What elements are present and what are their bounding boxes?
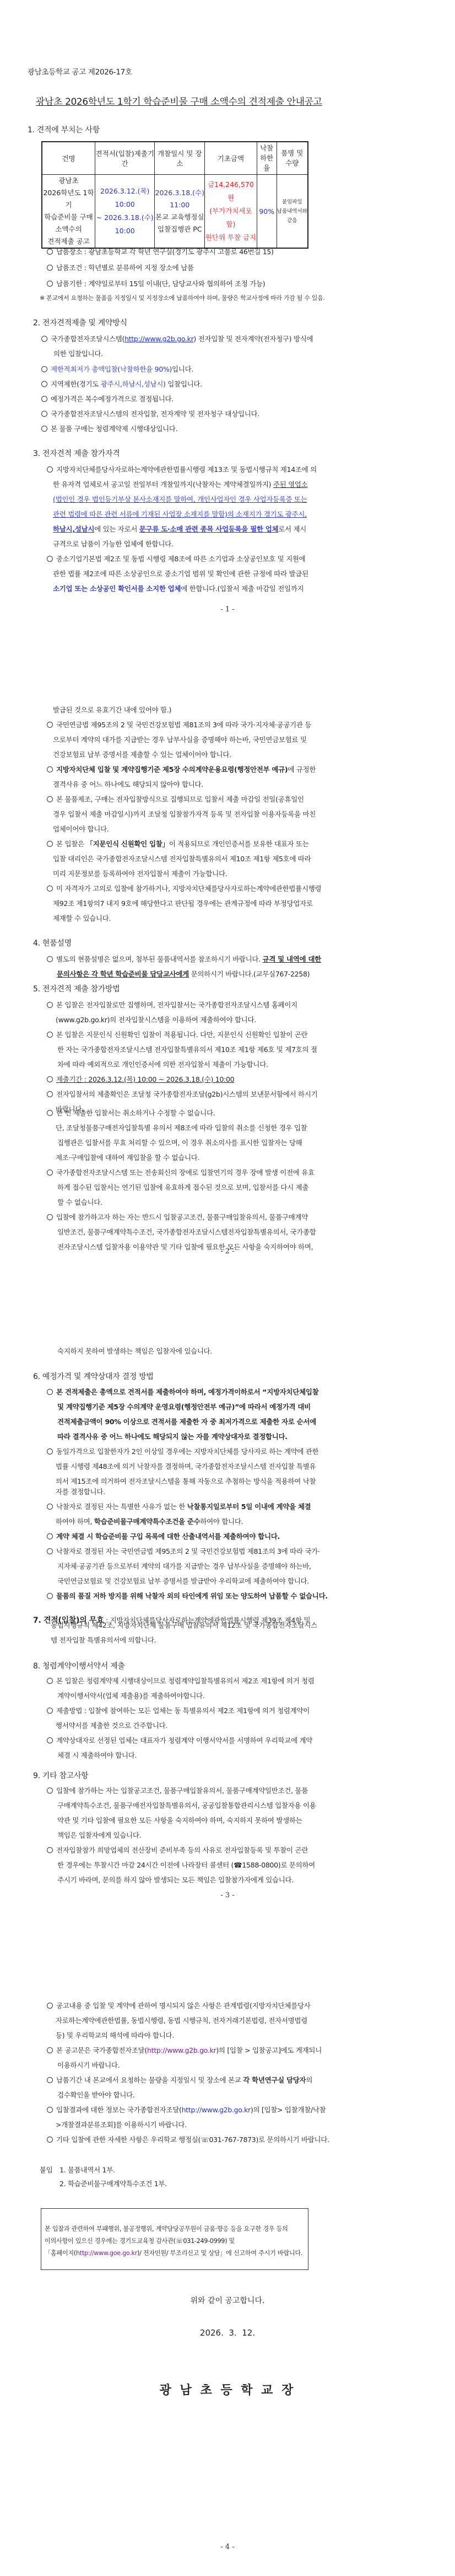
bullet-circle-icon xyxy=(47,1548,53,1554)
bid-summary-table: 건명 견적서(입찰)제출기간 개찰일시 및 장소 기초금액 낙찰하한율 품명 및… xyxy=(41,141,308,249)
section3-item-5: 본 물품제조, 구매는 전자입찰방식으로 집행되므로 입찰서 제출 마감일 전일… xyxy=(47,793,304,806)
section8-item-3: 계약상대자로 선정된 업체는 대표자가 청렴계약 이행서약서를 서명하여 우리학… xyxy=(47,1735,312,1747)
section3-item-6: 본 입찰은 「지문인식 신원확인 입찰」이 적용되므로 개인인증서를 보유한 대… xyxy=(47,838,309,850)
section6-item-1: 본 견적제출은 총액으로 견적서를 제출하여야 하며, 예정가격이하로서 “지방… xyxy=(47,1386,318,1398)
section6-item-2-line2: 법률 시행령 제48조에 의거 낙찰자를 결정하며, 국가종합전자조달시스템 전… xyxy=(56,1461,316,1473)
section3-item-1-line6: 규격으로 납품이 가능한 업체에 한합니다. xyxy=(53,538,174,550)
section6-heading: 6. 예정가격 및 계약상대자 결정 방법 xyxy=(33,1371,154,1383)
delivery-deadline: 납품기한 : 계약일로부터 15일 이내(단, 담당교사와 협의하여 조정 가능… xyxy=(47,278,265,290)
bullet-circle-icon xyxy=(47,1708,53,1714)
notice-box-line3: 「홈페이지(http://www.goe.go.kr)/ 전자민원/ 부조리신고… xyxy=(45,2247,302,2260)
section3-item-1-line2: 한 유자격 업체로서 공고일 전일부터 개찰일까지(낙찰자는 계약체결일까지) … xyxy=(53,479,307,491)
section6-item-1-line3: 견적제출금액이 90% 이상으로 견적서를 제출한 자 중 최저가격으로 제출한… xyxy=(57,1416,316,1428)
bullet-circle-icon xyxy=(47,766,53,772)
bullet-circle-icon xyxy=(47,556,53,562)
bullet-circle-icon xyxy=(47,249,53,255)
attachment-item-1: 1. 물품내역서 1부. xyxy=(59,2164,115,2176)
bullet-circle-icon xyxy=(47,1593,53,1599)
section5-item-7-line2: 일반조건, 물품구매계약특수조건, 국가종합전자조달시스템전자입찰특별유의서, … xyxy=(57,1226,316,1238)
section9-item-2: 전자입찰참가 희망업체의 전산장비 준비부족 등의 사유로 전자입찰등록 및 투… xyxy=(47,1844,308,1856)
section5-item-7: 입찰에 참가하고자 하는 자는 반드시 입찰공고조건, 물품구매입찰유의서, 물… xyxy=(47,1211,308,1223)
section8-item-2-line2: 행서약서를 제출한 것으로 간주합니다. xyxy=(56,1720,167,1732)
bullet-circle-icon xyxy=(41,336,47,342)
section3-item-3-line2: 으로부터 계약의 대가를 지급받는 경우 납부사실을 증명해야 하는바, 국민연… xyxy=(53,734,307,746)
section5-item-7-line4: 숙지하지 못하여 발생하는 책임은 입찰자에 있습니다. xyxy=(57,1345,212,1357)
page-number-2: - 2 - xyxy=(0,1247,455,1255)
bullet-circle-icon xyxy=(47,1788,53,1794)
bullet-circle-icon xyxy=(47,2137,53,2143)
section9-item-5: 납품기간 내 본교에서 요청하는 물량을 지정일시 및 장소에 본교 각 학년연… xyxy=(47,2074,312,2086)
section9-item-3: 공고내용 중 입찰 및 계약에 관하여 명시되지 않은 사항은 관계법령(지방자… xyxy=(47,2000,311,2012)
section3-item-7-line2: 제92조 제1항의7 내지 9호에 해당한다고 판단될 경우에는 관계규정에 따… xyxy=(53,898,313,910)
section2-item-1-cont: 의한 입찰입니다. xyxy=(53,348,103,360)
bullet-circle-icon xyxy=(47,885,53,892)
td-low-rate: 90% xyxy=(257,175,277,249)
th-amount: 기초금액 xyxy=(205,142,257,175)
section3-item-3-line3: 건강보험료 납부 증명서를 제출할 수 있는 업체이어야 합니다. xyxy=(53,749,231,761)
th-opening: 개찰일시 및 장소 xyxy=(155,142,205,175)
section5-item-5: 한 번 제출한 입찰서는 취소하거나 수정할 수 없습니다. xyxy=(47,1107,215,1119)
section3-item-7: 미 자격자가 고의로 입찰에 참가하거나, 지방자치단체를당사자로하는계약에관한… xyxy=(47,883,321,895)
td-amount: 금14,246,570원 (부가가치세포함) 원단위 투찰 금지 xyxy=(205,175,257,249)
bullet-circle-icon xyxy=(47,2003,53,2009)
bullet-circle-icon xyxy=(47,956,53,962)
bullet-circle-icon xyxy=(47,265,53,271)
section6-item-6: 물품의 품질 저하 방지를 위해 낙찰자 외의 타인에게 위임 또는 양도하여 … xyxy=(47,1590,328,1602)
section8-heading: 8. 청렴계약이행서약서 제출 xyxy=(33,1660,125,1672)
section5-item-5-line4: 제조·구매입찰에 대하여 재입찰을 할 수 없습니다. xyxy=(56,1152,199,1164)
bullet-circle-icon xyxy=(47,1389,53,1395)
notice-date: 2026. 3. 12. xyxy=(0,2328,455,2338)
closing-statement: 위와 같이 공고합니다. xyxy=(0,2295,455,2306)
section2-item-3: 지역제한(경기도 광주시,하남시,성남시) 입찰입니다. xyxy=(41,378,202,390)
th-items: 품명 및수량 xyxy=(277,142,308,175)
bullet-circle-icon xyxy=(47,466,53,473)
section4-item-1-line2: 문의사항은 각 학년 학습준비물 담당교사에게 문의하시기 바랍니다.(교무실7… xyxy=(57,968,310,980)
section5-item-6: 국가종합전자조달시스템 또는 전송회신의 장애로 입찰연기의 경우 장애 발생 … xyxy=(47,1167,315,1179)
td-items: 붙임파일 납품내역서와 같음 xyxy=(277,175,308,249)
section9-item-2-line3: 주시기 바라며, 문의를 하지 않아 발생되는 모든 책임은 입찰참가자에게 있… xyxy=(57,1874,294,1886)
section2-item-2: 제한적최저가 총액입찰(낙찰하한율 90%)입니다. xyxy=(41,363,193,375)
section5-item-2: 본 입찰은 지문인식 신원확인 입찰이 적용됩니다. 다만, 지문인식 신원확인… xyxy=(47,1029,307,1041)
section6-item-2-line4: 자를 결정합니다. xyxy=(56,1486,105,1498)
section5-item-2-line3: 차에 따라 예외적으로 개인인증서에 의한 전자입찰서 제출이 가능합니다. xyxy=(57,1059,268,1071)
bullet-circle-icon xyxy=(47,1533,53,1539)
bullet-circle-icon xyxy=(41,381,47,387)
section3-item-5-line2: 경우 입찰서 제출 마감일시)까지 조달청 입찰참가자격 등록 및 전자입찰 이… xyxy=(53,808,316,820)
section9-item-7: 기타 입찰에 관한 자세한 사항은 우리학교 행정실(☏031-767-7873… xyxy=(47,2134,329,2146)
td-name: 광남초 2026학년도 1학기 학습준비물 구매 소액수의 견적제출 공고 xyxy=(42,175,95,249)
section8-item-2: 제출방법 : 입찰에 참여하는 모든 업체는 동 특별유의서 제2조 제1항에 … xyxy=(47,1705,310,1717)
anti-corruption-notice-box: 본 입찰과 관련하여 부패행위, 불공정행위, 계약담당공무원이 금품·향응 등… xyxy=(41,2208,308,2270)
bullet-circle-icon xyxy=(47,1678,53,1684)
delivery-place: 납품장소 : 광남초등학교 각 학년 연구실(경기도 광주시 고불로 46번길 … xyxy=(47,246,274,258)
section6-item-5-line3: 국민연금보험료 및 건강보험료 납부 증명서를 발급받아 우리학교에 제출하여야… xyxy=(57,1575,309,1587)
bullet-circle-icon xyxy=(41,411,47,417)
section3-item-6-line3: 미리 지문정보를 등록하여야 전자입찰서 제출이 가능합니다. xyxy=(53,868,227,880)
section6-item-5: 낙찰자로 결정된 자는 국민연금법 제95조의 2 및 국민건강보험법 제81조… xyxy=(47,1545,320,1558)
section9-item-4-line2: 이용하시기 바랍니다. xyxy=(57,2059,120,2071)
section2-item-5: 국가종합전자조달시스템의 전자입찰, 전자계약 및 전자청구 대상입니다. xyxy=(41,408,259,420)
section9-item-1-line3: 약관 및 기타 입찰에 필요한 모든 사항을 숙지하여야 하며, 숙지하지 못하… xyxy=(57,1815,302,1827)
section9-item-3-line2: 자로하는계약에관한법률, 동법시행령, 동법 시행규칙, 전자거래기본법령, 전… xyxy=(56,2015,307,2027)
bullet-circle-icon xyxy=(47,2077,53,2083)
bullet-circle-icon xyxy=(47,1076,53,1082)
section5-item-5-line3: 집행관은 입찰서를 무효 처리할 수 있으며, 이 경우 취소의사를 표시한 입… xyxy=(57,1137,302,1149)
section1-heading: 1. 견적에 부치는 사항 xyxy=(28,124,100,136)
bullet-circle-icon xyxy=(41,396,47,402)
bullet-circle-icon xyxy=(47,2107,53,2113)
notice-number: 광남초등학교 공고 제2026-17호 xyxy=(28,66,132,78)
page-number-1: - 1 - xyxy=(0,605,455,614)
bullet-circle-icon xyxy=(41,366,47,372)
section3-item-1: 지방자치단체를당사자로하는계약에관한법률시행령 제13조 및 동법시행규칙 제1… xyxy=(47,464,317,476)
section3-item-5-line3: 업체이어야 합니다. xyxy=(53,823,109,835)
section9-item-4: 본 공고문은 국가종합전자조달(http://www.g2b.go.kr)의 [… xyxy=(47,2044,322,2057)
section3-item-2: 중소기업기본법 제2조 및 동법 시행령 제8조에 따른 소기업과 소상공인보호… xyxy=(47,553,305,565)
section9-item-5-line2: 검수확인을 받아야 합니다. xyxy=(57,2089,135,2101)
bullet-circle-icon xyxy=(47,1214,53,1220)
section6-item-1-line4: 따라 결격사유 중 어느 하나에도 해당되지 않는 자를 계약상대자로 결정합니… xyxy=(57,1431,288,1443)
section5-item-4: 전자입찰서의 제출확인은 조달청 국가종합전자조달(g2b)시스템의 보낸문서함… xyxy=(47,1088,317,1101)
section8-item-1-line2: 계약이행서약서(업체 제출용)를 제출하여야합니다. xyxy=(57,1690,204,1702)
notice-box-line2: 이의사항이 있으신 경우에는 경기도교육청 감사관(☏031-249-0999)… xyxy=(45,2235,235,2247)
bullet-circle-icon xyxy=(47,1504,53,1510)
section9-item-3-line3: 등) 및 우리학교의 해석에 따라야 합니다. xyxy=(56,2030,174,2042)
section5-item-6-line2: 하게 접수된 입찰서는 연기된 입찰에 유효하게 접수된 것으로 보며, 입찰서… xyxy=(57,1182,308,1194)
section6-item-5-line2: 지자체·공공기관 등으로부터 계약의 대가를 지급받는 경우 납부사실을 증명해… xyxy=(57,1560,311,1573)
bullet-circle-icon xyxy=(47,1737,53,1743)
section3-item-1-line4: 관련 법령에 따른 관련 서류에 기재된 사업장 소재지를 말함)의 소재지가 … xyxy=(53,508,307,520)
section3-item-1-line5: 하남시,성남시에 있는 자로서 문구류 도·소매 관련 종목 사업등록을 필한 … xyxy=(53,523,306,535)
section3-heading: 3. 전자견적 제출 참가자격 xyxy=(33,448,120,460)
bullet-circle-icon xyxy=(47,1002,53,1008)
th-name: 건명 xyxy=(42,142,95,175)
section6-item-3-line2: 하여야 하며, 학습준비물구매계약특수조건을 준수하여야 합니다. xyxy=(56,1516,243,1528)
bullet-circle-icon xyxy=(47,1032,53,1038)
section3-item-2-line3: 소기업 또는 소상공인 확인서를 소지한 업체에 한합니다.(입찰서 제출 마감… xyxy=(53,583,304,595)
section8-item-3-line2: 체결 시 제출하여야 합니다. xyxy=(57,1749,137,1762)
g2b-link-3[interactable]: http://www.g2b.go.kr xyxy=(182,2106,251,2114)
td-period: 2026.3.12.(목) 10:00 ~ 2026.3.18.(수) 10:0… xyxy=(95,175,155,249)
page-number-4: - 4 - xyxy=(0,2543,455,2551)
bullet-circle-icon xyxy=(47,2047,53,2053)
section7-line3: 템 전자입찰 특별유의서에 의합니다. xyxy=(51,1634,156,1646)
section9-item-1-line2: 구매계약특수조건, 물품구매전자입찰특별유의서, 공공입찰통합관리시스템 입찰자… xyxy=(57,1800,316,1812)
section8-item-1: 본 입찰은 청렴계약제 시행대상이므로 청렴계약입찰특별유의서 제2조 제1항에… xyxy=(47,1675,315,1687)
section5-item-5-line2: 단, 조달청물품구매전자입찰특별 유의서 제8조에 따라 입찰의 취소를 신청한… xyxy=(56,1122,307,1134)
section6-item-1-line2: 및 계약집행기준 제5장 수의계약 운영요령(행정안전부 예규)”에 따라서 예… xyxy=(57,1401,311,1413)
bullet-circle-icon xyxy=(47,796,53,802)
section9-item-6: 입찰결과에 대한 정보는 국가종합전자조달(http://www.g2b.go.… xyxy=(47,2104,326,2116)
section6-item-4: 계약 체결 시 학습준비물 구입 목록에 대한 산출내역서를 제출하여야 합니다… xyxy=(47,1531,280,1543)
section5-item-6-line3: 할 수 없습니다. xyxy=(57,1196,102,1209)
section5-item-3: 제출기간 : 2026.3.12.(목) 10:00 ~ 2026.3.18.(… xyxy=(47,1074,234,1086)
bullet-circle-icon xyxy=(47,281,53,287)
bullet-circle-icon xyxy=(47,1847,53,1853)
section4-heading: 4. 현품설명 xyxy=(33,937,72,949)
bullet-circle-icon xyxy=(47,722,53,728)
section3-item-6-line2: 입찰 대리인은 국가종합전자조달시스템 전자입찰특별유의서 제10조 제1항 제… xyxy=(53,853,311,865)
bullet-circle-icon xyxy=(47,1169,53,1176)
section6-item-3: 낙찰자로 결정된 자는 특별한 사유가 없는 한 낙찰통지일로부터 5일 이내에… xyxy=(47,1501,311,1513)
th-period: 견적서(입찰)제출기간 xyxy=(95,142,155,175)
bullet-circle-icon xyxy=(47,1091,53,1097)
th-low-rate: 낙찰하한율 xyxy=(257,142,277,175)
section3-item-4-line2: 결격사유 중 어느 하나에도 해당되지 않아야 합니다. xyxy=(53,779,203,791)
section4-item-1: 별도의 현품설명은 없으며, 첨부된 물품내역서를 참조하시기 바랍니다. 규격… xyxy=(47,953,321,965)
goe-link[interactable]: http://www.goe.go.kr xyxy=(76,2250,137,2257)
section9-item-1-line4: 책임은 입찰자에게 있습니다. xyxy=(57,1829,141,1842)
bullet-circle-icon xyxy=(47,1448,53,1455)
section1-note: ※ 본교에서 요청하는 물품을 지정일시 및 지정장소에 납품하여야 하며, 물… xyxy=(40,292,325,304)
section5-heading: 5. 전자견적 제출 참가방법 xyxy=(33,983,120,995)
page-title: 광남초 2026학년도 1학기 학습준비물 구매 소액수의 견적제출 안내공고 xyxy=(36,94,322,108)
g2b-link-2[interactable]: http://www.g2b.go.kr xyxy=(147,2046,216,2054)
section5-item-1: 본 입찰은 전자입찰로만 집행하며, 전자입찰서는 국가종합전자조달시스템 홈페… xyxy=(47,999,297,1011)
section5-item-2-line2: 한 자는 국가종합전자조달시스템 전자입찰특별유의서 제10조 제1항 제6호 … xyxy=(57,1044,317,1056)
bullet-circle-icon xyxy=(47,841,53,847)
school-principal-signature: 광 남 초 등 학 교 장 xyxy=(0,2381,455,2398)
section9-item-1: 입찰에 참가하는 자는 입찰공고조건, 물품구매입찰유의서, 물품구매계약일반조… xyxy=(47,1785,308,1797)
section2-item-4: 예정가격은 복수예정가격으로 결정됩니다. xyxy=(41,393,174,405)
bullet-circle-icon xyxy=(41,426,47,432)
section6-item-2: 동일가격으로 입찰한자가 2인 이상일 경우에는 지방자치단체를 당사자로 하는… xyxy=(47,1446,318,1458)
section3-item-2-line2: 관한 법률 제2조에 따른 소상공인으로 중소기업 범위 및 확인에 관한 규정… xyxy=(53,568,308,580)
section3-item-3: 국민연금법 제95조의 2 및 국민건강보험법 제81조의 3에 따라 국가·지… xyxy=(47,719,311,731)
section3-item-1-line3: (법인인 경우 법인등기부상 본사소재지를 말하여, 개인사업자인 경우 사업자… xyxy=(53,493,307,506)
td-opening: 2026.3.18.(수) 11:00 본교 교육행정실 입찰집행관 PC xyxy=(155,175,205,249)
delivery-condition: 납품조건 : 학년별로 분류하여 지정 장소에 납품 xyxy=(47,262,194,274)
notice-box-line1: 본 입찰과 관련하여 부패행위, 불공정행위, 계약담당공무원이 금품·향응 등… xyxy=(45,2223,288,2235)
section9-item-6-line2: >개찰결과분류조회]를 이용하시기 바랍니다. xyxy=(56,2119,187,2131)
section5-item-1-line2: (www.g2b.go.kr)의 전자입찰시스템을 이용하여 제출하여야 합니다… xyxy=(56,1014,256,1026)
attachment-label: 붙임 xyxy=(40,2164,53,2176)
attachment-item-2: 2. 학습준비물구매계약특수조건 1부. xyxy=(59,2178,167,2190)
section9-heading: 9. 기타 참고사항 xyxy=(33,1770,88,1782)
bullet-circle-icon xyxy=(47,1110,53,1116)
section2-item-1: 국가종합전자조달시스템(http://www.g2b.go.kr) 전자입찰 및… xyxy=(41,333,313,345)
section9-item-2-line2: 한 경우에는 투찰시간 마감 24시간 이전에 나라장터 콜센터 (☎1588-… xyxy=(57,1859,315,1871)
page-number-3: - 3 - xyxy=(0,1891,455,1899)
section3-item-4: 지방자치단체 입찰 및 계약집행기준 제5장 수의계약운용요령(행정안전부 예규… xyxy=(47,764,316,776)
section2-heading: 2. 전자견적제출 및 계약방식 xyxy=(33,317,127,329)
section3-item-2-line4: 발급된 것으로 유효기간 내에 있어야 함.) xyxy=(53,704,171,716)
section7-line2: 동법시행규칙 제42조, 지방자치단체 물품구매 입찰유의서 제12조 및 국가… xyxy=(51,1619,317,1632)
section2-item-6: 본 물품 구매는 청렴계약제 시행대상입니다. xyxy=(41,423,177,435)
section3-item-7-line3: 제재할 수 있습니다. xyxy=(53,913,111,925)
g2b-link[interactable]: http://www.g2b.go.kr xyxy=(124,335,193,343)
